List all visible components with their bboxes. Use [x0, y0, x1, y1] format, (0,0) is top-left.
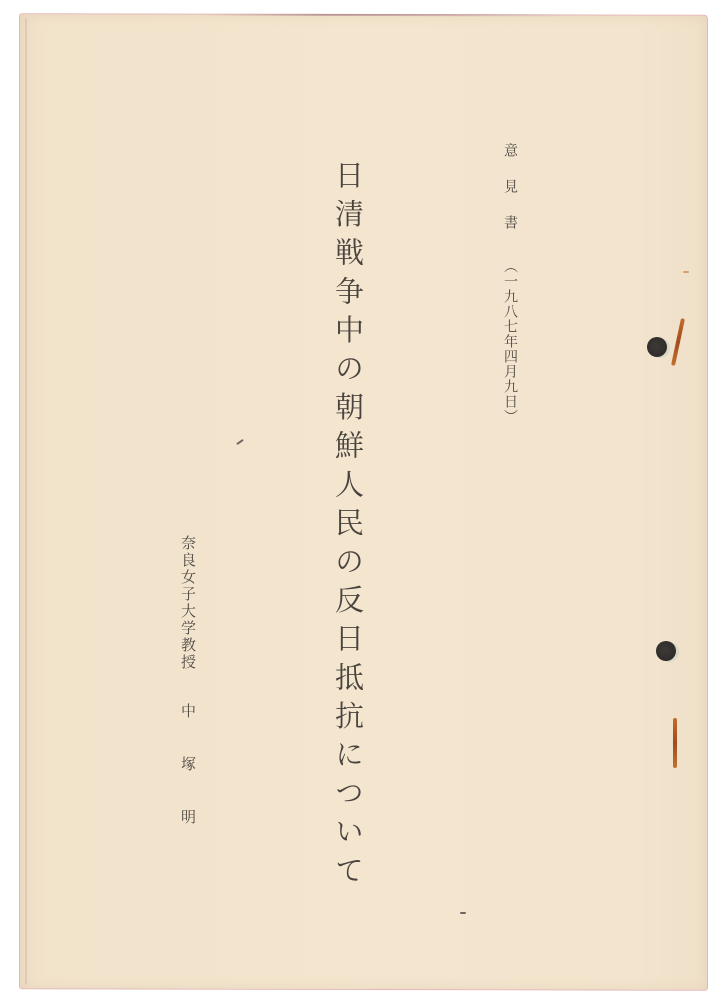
rust-stain-icon [673, 718, 677, 768]
page-top-edge-wear [200, 14, 580, 17]
binding-hole-icon [656, 641, 676, 661]
document-title: 日清戦争中の朝鮮人民の反日抵抗について [333, 160, 362, 893]
author-name: 中塚明 [179, 703, 197, 862]
paper-speck [683, 271, 689, 273]
opinion-header: 意見書（一九八七年四月九日） [503, 143, 517, 424]
author-affiliation: 奈良女子大学教授 [179, 535, 197, 671]
spine-fold [25, 18, 27, 984]
document-type-label: 意見書 [502, 143, 518, 251]
author-block: 奈良女子大学教授中塚明 [180, 535, 195, 862]
paper-speck [460, 912, 466, 914]
binding-hole-icon [647, 337, 667, 357]
document-date: （一九八七年四月九日） [502, 259, 518, 424]
